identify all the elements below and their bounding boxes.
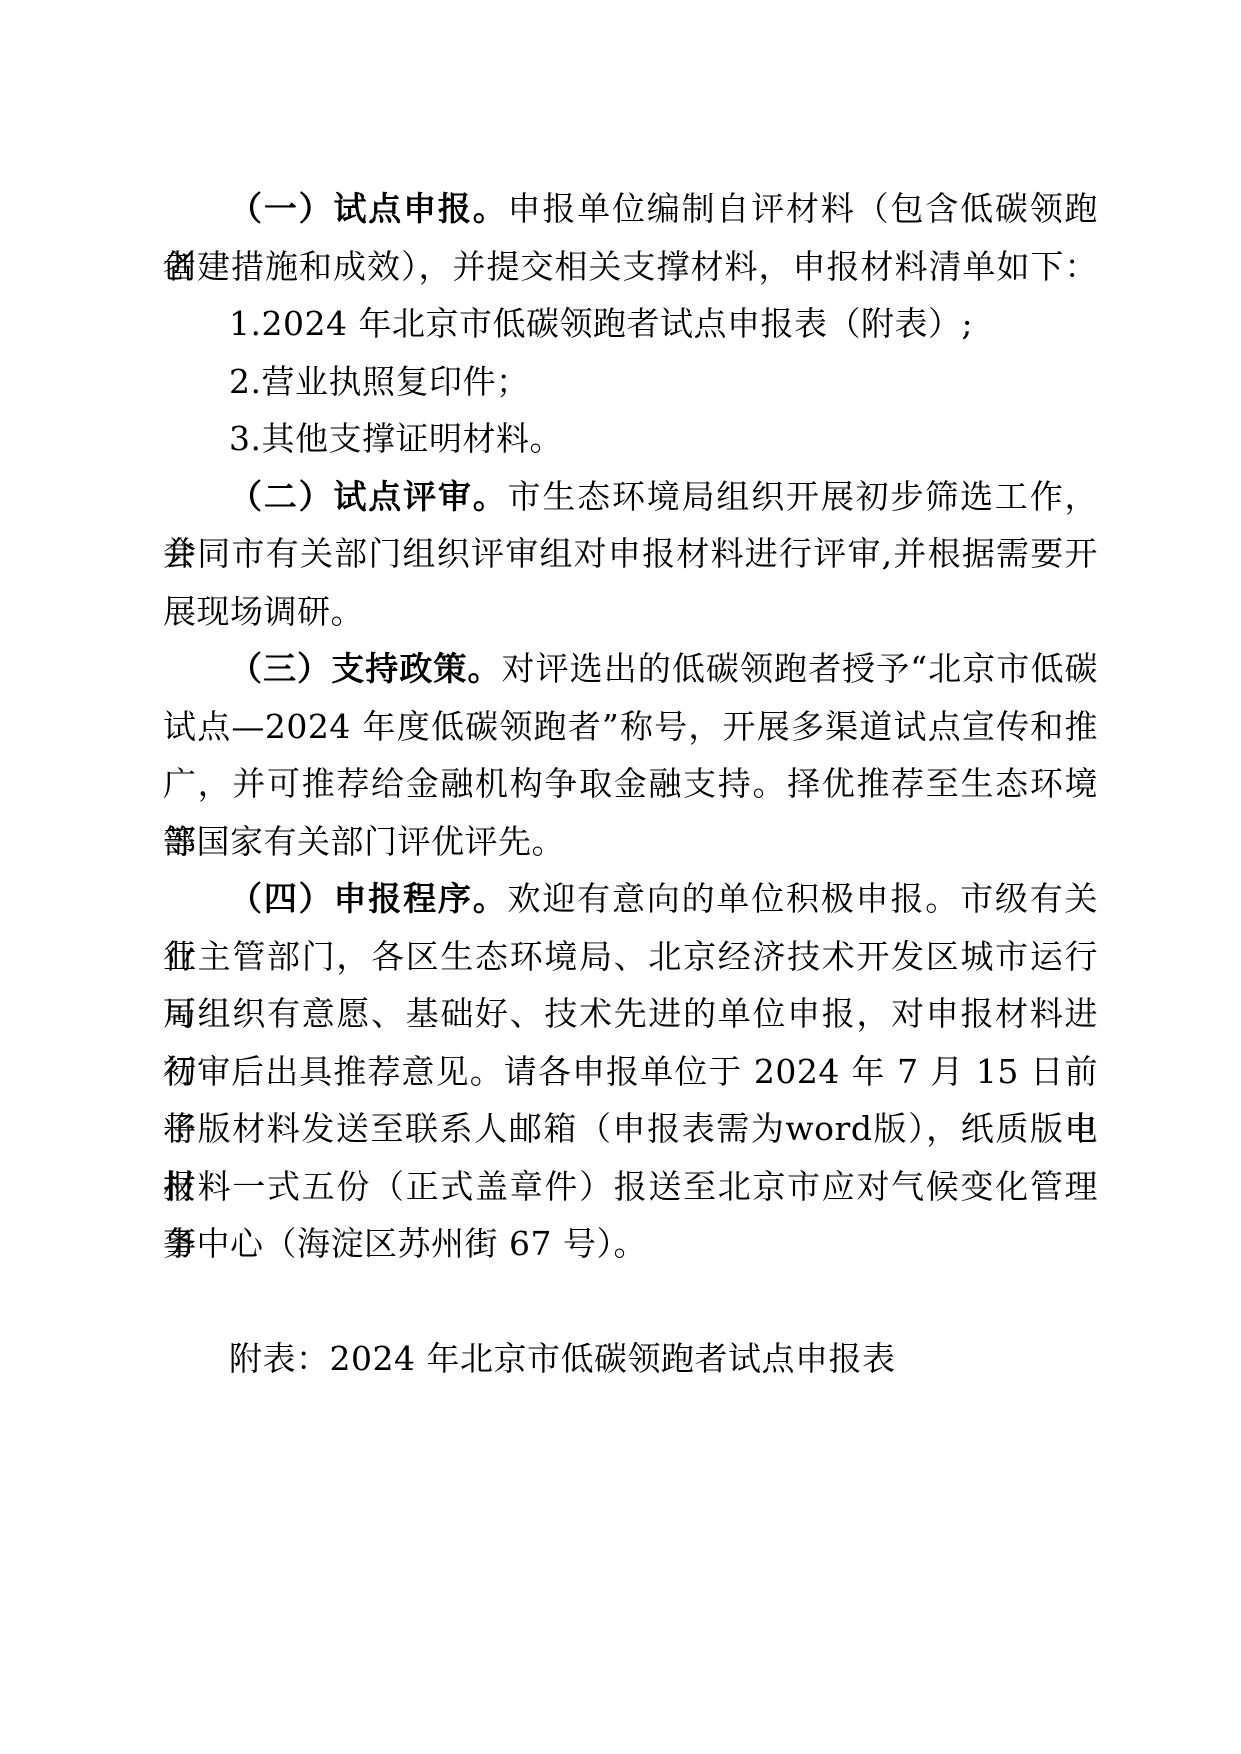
line-text: 对评选出的低碳领跑者授予“北京市低碳 — [502, 649, 1098, 688]
paragraph-lead: （二）试点评审。 — [229, 477, 508, 516]
text-line: 2.营业执照复印件； — [163, 353, 1098, 411]
line-text: 试点—2024 年度低碳领跑者”称号，开展多渠道试点宣传和推 — [163, 707, 1098, 746]
text-line: 初审后出具推荐意见。请各申报单位于 2024 年 7 月 15 日前将电 — [163, 1043, 1098, 1101]
line-text: 3.其他支撑证明材料。 — [229, 419, 563, 458]
text-line: 等国家有关部门评优评先。 — [163, 813, 1098, 871]
text-line: 材料一式五份（正式盖章件）报送至北京市应对气候变化管理事 — [163, 1158, 1098, 1216]
line-text: 会同市有关部门组织评审组对申报材料进行评审,并根据需要开 — [163, 534, 1098, 573]
text-line: 附表：2024 年北京市低碳领跑者试点申报表 — [163, 1330, 1098, 1388]
text-line: 展现场调研。 — [163, 583, 1098, 641]
line-text: 创建措施和成效），并提交相关支撑材料，申报材料清单如下： — [163, 247, 1098, 286]
text-line: 创建措施和成效），并提交相关支撑材料，申报材料清单如下： — [163, 238, 1098, 296]
text-line: 业主管部门，各区生态环境局、北京经济技术开发区城市运行局 — [163, 928, 1098, 986]
line-text: 附表：2024 年北京市低碳领跑者试点申报表 — [229, 1339, 895, 1378]
paragraph-lead: （四）申报程序。 — [229, 879, 508, 918]
text-line — [163, 1273, 1098, 1331]
text-line: 务中心（海淀区苏州街 67 号）。 — [163, 1215, 1098, 1273]
text-line: 子版材料发送至联系人邮箱（申报表需为word版），纸质版申报 — [163, 1100, 1098, 1158]
text-line: 3.其他支撑证明材料。 — [163, 410, 1098, 468]
line-text: 等国家有关部门评优评先。 — [163, 822, 565, 861]
line-text: 展现场调研。 — [163, 592, 364, 631]
text-line: 会同市有关部门组织评审组对申报材料进行评审,并根据需要开 — [163, 525, 1098, 583]
text-line: 试点—2024 年度低碳领跑者”称号，开展多渠道试点宣传和推 — [163, 698, 1098, 756]
text-line: （三）支持政策。对评选出的低碳领跑者授予“北京市低碳 — [163, 640, 1098, 698]
text-line: 1.2024 年北京市低碳领跑者试点申报表（附表）; — [163, 295, 1098, 353]
text-line: （二）试点评审。市生态环境局组织开展初步筛选工作，并 — [163, 468, 1098, 526]
line-text: 务中心（海淀区苏州街 67 号）。 — [163, 1224, 647, 1263]
text-line: （四）申报程序。欢迎有意向的单位积极申报。市级有关行 — [163, 870, 1098, 928]
document-page: （一）试点申报。申报单位编制自评材料（包含低碳领跑者创建措施和成效），并提交相关… — [0, 0, 1241, 1754]
text-line: （一）试点申报。申报单位编制自评材料（包含低碳领跑者 — [163, 180, 1098, 238]
text-line: 广，并可推荐给金融机构争取金融支持。择优推荐至生态环境部 — [163, 755, 1098, 813]
paragraph-lead: （一）试点申报。 — [229, 189, 508, 228]
document-body: （一）试点申报。申报单位编制自评材料（包含低碳领跑者创建措施和成效），并提交相关… — [163, 180, 1098, 1388]
line-text: 2.营业执照复印件； — [229, 362, 530, 401]
text-line: 可组织有意愿、基础好、技术先进的单位申报，对申报材料进行 — [163, 985, 1098, 1043]
paragraph-lead: （三）支持政策。 — [229, 649, 502, 688]
line-text: 1.2024 年北京市低碳领跑者试点申报表（附表）; — [229, 304, 973, 343]
